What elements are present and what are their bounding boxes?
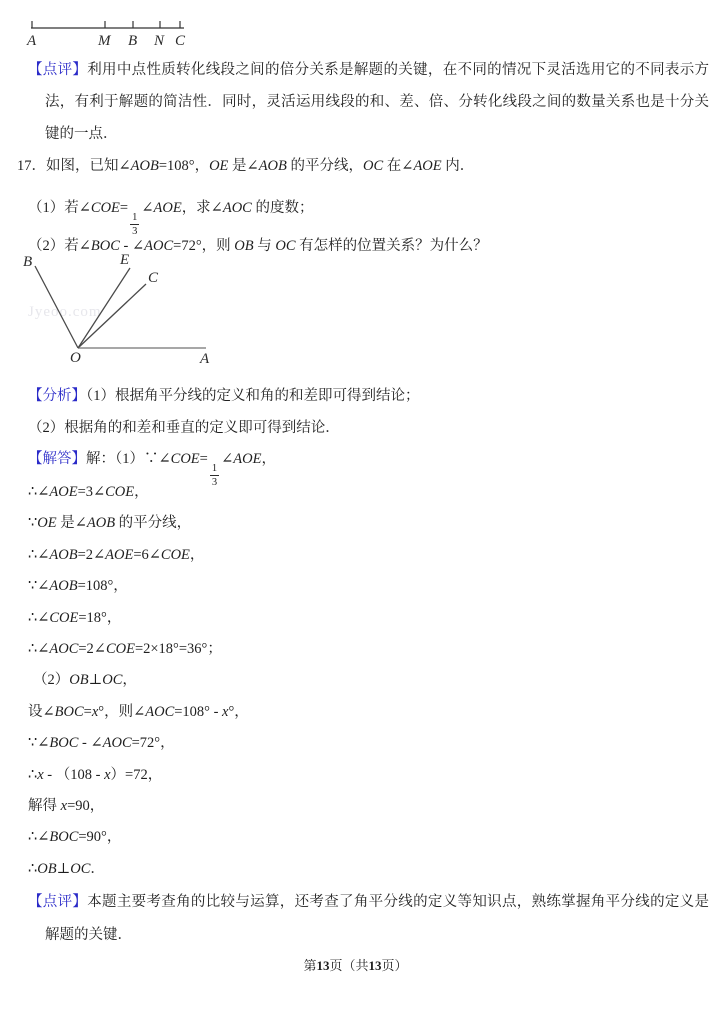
- question-17-sub1-pre: （1）若∠COE=: [28, 200, 128, 216]
- angle-figure: Jyeoo.com B E C O A: [20, 250, 235, 380]
- footer-page-number: 13: [316, 958, 329, 973]
- fraction-numerator: 1: [210, 463, 219, 476]
- document-page: A M B N C 【点评】利用中点性质转化线段之间的倍分关系是解题的关键，在不…: [0, 0, 711, 1024]
- solution-steps: ∴∠AOE=3∠COE， ∵OE 是∠AOB 的平分线， ∴∠AOB=2∠AOE…: [28, 477, 249, 885]
- solution-step: ∴x - （108 - x）=72，: [28, 760, 249, 791]
- question-17-sub1-post: ∠AOE，求∠AOC 的度数；: [141, 200, 313, 216]
- footer-prefix: 第: [303, 958, 316, 973]
- solution-step: ∵OE 是∠AOB 的平分线，: [28, 508, 249, 539]
- footer-total-number: 13: [369, 958, 382, 973]
- solution-step: ∴OB⊥OC．: [28, 854, 249, 885]
- segment-line: [31, 21, 184, 28]
- comment-paragraph-bottom: 【点评】本题主要考查角的比较与运算，还考查了角平分线的定义等知识点，熟练掌握角平…: [28, 886, 709, 952]
- analysis-label: 【分析】: [28, 388, 86, 404]
- solution-step: ∴∠AOB=2∠AOE=6∠COE，: [28, 540, 249, 571]
- fraction-numerator: 1: [130, 212, 139, 225]
- segment-point-label-c: C: [175, 33, 186, 49]
- solution-step: ∵∠BOC - ∠AOC=72°，: [28, 728, 249, 759]
- footer-suffix: 页）: [382, 958, 408, 973]
- footer-middle: 页（共: [329, 958, 368, 973]
- solution-step: ∴∠AOC=2∠COE=2×18°=36°；: [28, 634, 249, 665]
- solution-step: ∴∠BOC=90°，: [28, 822, 249, 853]
- solution-line-1-pre: 解：（1）∵∠COE=: [86, 451, 208, 467]
- figure-point-label-o: O: [70, 350, 81, 366]
- solution-label: 【解答】: [28, 451, 86, 467]
- segment-point-label-b: B: [128, 33, 137, 49]
- analysis-text-1: （1）根据角平分线的定义和角的和差即可得到结论；: [86, 388, 420, 404]
- analysis-line-2: （2）根据角的和差和垂直的定义即可得到结论．: [28, 418, 340, 438]
- question-17-main: 17．如图，已知∠AOB=108°，OE 是∠AOB 的平分线，OC 在∠AOE…: [17, 156, 474, 176]
- figure-point-label-c: C: [148, 270, 159, 286]
- figure-point-label-e: E: [119, 252, 129, 268]
- solution-step: ∴∠AOE=3∠COE，: [28, 477, 249, 508]
- question-17-sub1: （1）若∠COE=13∠AOE，求∠AOC 的度数；: [28, 198, 313, 237]
- solution-step: ∴∠COE=18°，: [28, 603, 249, 634]
- solution-step: 解得 x=90，: [28, 791, 249, 822]
- figure-point-label-b: B: [23, 254, 32, 270]
- comment-label: 【点评】: [28, 62, 87, 78]
- page-footer: 第13页（共13页）: [0, 955, 711, 974]
- figure-point-label-a: A: [199, 351, 210, 367]
- solution-step: （2）OB⊥OC，: [33, 665, 249, 696]
- segment-point-label-m: M: [97, 33, 112, 49]
- solution-step: 设∠BOC=x°，则∠AOC=108° - x°，: [28, 697, 249, 728]
- comment-label: 【点评】: [28, 894, 87, 910]
- segment-point-label-n: N: [153, 33, 165, 49]
- watermark: Jyeoo.com: [28, 304, 102, 320]
- comment-text: 本题主要考查角的比较与运算，还考查了角平分线的定义等知识点，熟练掌握角平分线的定…: [45, 894, 709, 943]
- solution-step: ∵∠AOB=108°，: [28, 571, 249, 602]
- fraction-one-third: 13: [130, 212, 139, 237]
- analysis-line-1: 【分析】（1）根据角平分线的定义和角的和差即可得到结论；: [28, 386, 420, 406]
- comment-paragraph-top: 【点评】利用中点性质转化线段之间的倍分关系是解题的关键，在不同的情况下灵活选用它…: [28, 54, 709, 150]
- comment-text: 利用中点性质转化线段之间的倍分关系是解题的关键，在不同的情况下灵活选用它的不同表…: [45, 62, 709, 142]
- solution-line-1-post: ∠AOE，: [221, 451, 276, 467]
- segment-diagram: A M B N C: [24, 16, 204, 56]
- segment-point-label-a: A: [26, 33, 37, 49]
